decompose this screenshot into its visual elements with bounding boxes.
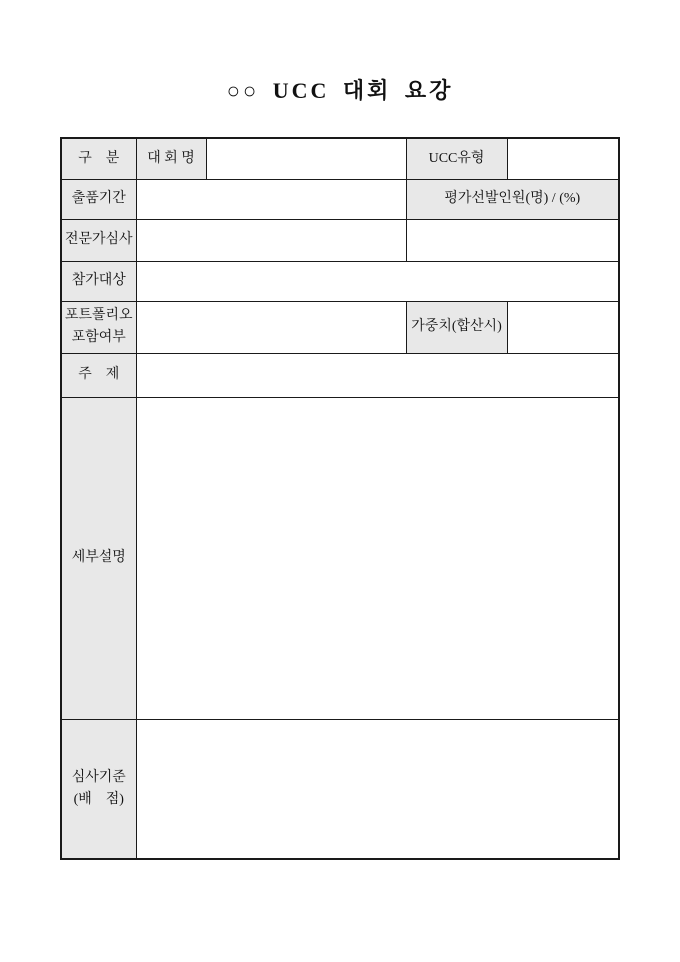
label-expert-review: 전문가심사	[61, 219, 136, 261]
label-participants: 참가대상	[61, 261, 136, 301]
field-expert-review-right[interactable]	[406, 219, 619, 261]
label-portfolio-included: 포트폴리오 포함여부	[61, 301, 136, 353]
field-details[interactable]	[136, 397, 619, 719]
label-evaluation-selection: 평가선발인원(명) / (%)	[406, 179, 619, 219]
table-row: 구 분 대 회 명 UCC유형	[61, 138, 619, 179]
field-ucc-type[interactable]	[507, 138, 619, 179]
label-details: 세부설명	[61, 397, 136, 719]
table-row: 전문가심사	[61, 219, 619, 261]
label-weight: 가중치(합산시)	[406, 301, 507, 353]
label-contest-name: 대 회 명	[136, 138, 206, 179]
table-row: 심사기준 (배 점)	[61, 719, 619, 859]
field-submission-period[interactable]	[136, 179, 406, 219]
field-contest-name[interactable]	[206, 138, 406, 179]
label-criteria: 심사기준 (배 점)	[61, 719, 136, 859]
label-topic: 주 제	[61, 353, 136, 397]
label-ucc-type: UCC유형	[406, 138, 507, 179]
field-weight[interactable]	[507, 301, 619, 353]
field-expert-review-left[interactable]	[136, 219, 406, 261]
field-participants[interactable]	[136, 261, 619, 301]
table-row: 출품기간 평가선발인원(명) / (%)	[61, 179, 619, 219]
table-row: 참가대상	[61, 261, 619, 301]
field-portfolio-included[interactable]	[136, 301, 406, 353]
ucc-contest-form-table: 구 분 대 회 명 UCC유형 출품기간 평가선발인원(명) / (%) 전문가…	[60, 137, 620, 860]
label-category: 구 분	[61, 138, 136, 179]
table-row: 포트폴리오 포함여부 가중치(합산시)	[61, 301, 619, 353]
field-topic[interactable]	[136, 353, 619, 397]
field-criteria[interactable]	[136, 719, 619, 859]
table-row: 세부설명	[61, 397, 619, 719]
page-title: ○○ UCC 대회 요강	[0, 74, 680, 105]
table-row: 주 제	[61, 353, 619, 397]
label-submission-period: 출품기간	[61, 179, 136, 219]
